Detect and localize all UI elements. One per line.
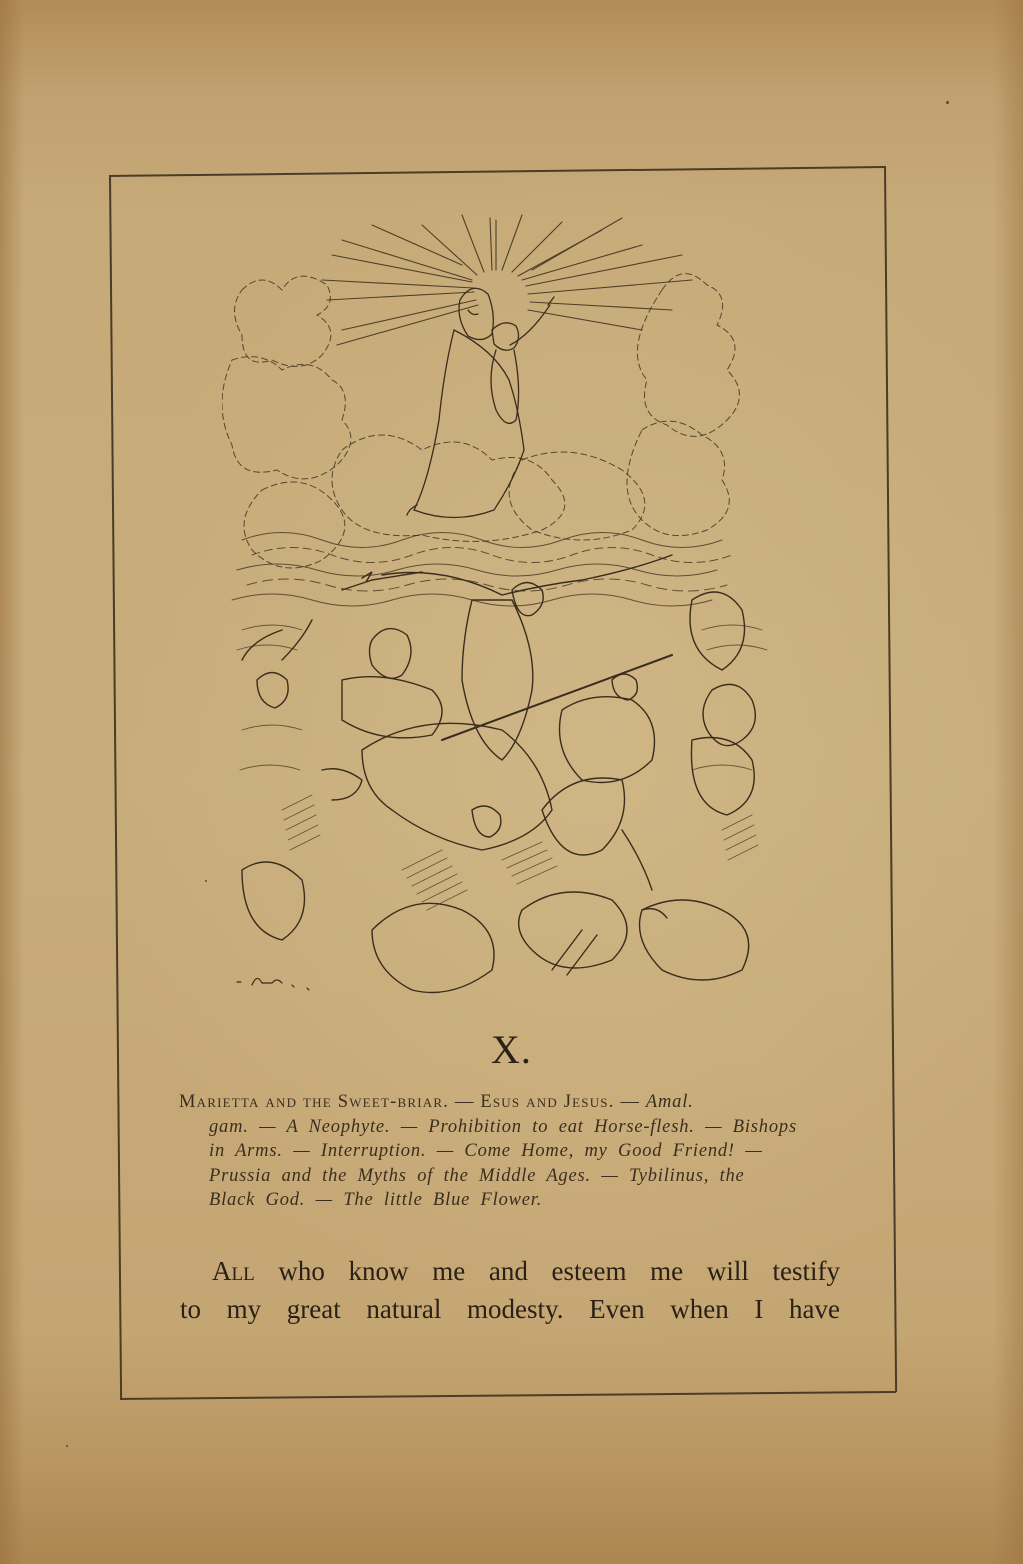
frame-border-right xyxy=(884,166,897,1392)
frame-border-bottom xyxy=(120,1391,896,1400)
body-line-1: All who know me and esteem me will testi… xyxy=(180,1252,840,1290)
caption-line-1: Marietta and the Sweet-briar. — Esus and… xyxy=(179,1090,839,1115)
falling-gods-scene-icon xyxy=(242,555,755,993)
scan-speck xyxy=(205,880,207,882)
scan-speck xyxy=(66,1445,68,1447)
light-rays-icon xyxy=(322,215,692,345)
chapter-number: X. xyxy=(0,1026,1023,1073)
frame-border-left xyxy=(109,175,122,1399)
caption-line-2: gam. — A Neophyte. — Prohibition to eat … xyxy=(179,1115,839,1140)
caption-line-4: Prussia and the Myths of the Middle Ages… xyxy=(179,1164,839,1189)
page-edge-shadow-left xyxy=(0,0,24,1564)
engraving-illustration xyxy=(222,210,792,1010)
scan-speck xyxy=(946,101,949,104)
body-paragraph: All who know me and esteem me will testi… xyxy=(180,1252,840,1328)
frame-border-top xyxy=(109,166,885,177)
madonna-figure-icon xyxy=(407,288,554,517)
page-edge-shadow-right xyxy=(993,0,1023,1564)
caption-line-5: Black God. — The little Blue Flower. xyxy=(179,1188,839,1213)
drop-initial-word: All xyxy=(212,1256,255,1286)
chapter-summary: Marietta and the Sweet-briar. — Esus and… xyxy=(179,1090,839,1213)
artist-signature-icon xyxy=(237,978,309,990)
caption-line-3: in Arms. — Interruption. — Come Home, my… xyxy=(179,1139,839,1164)
body-line-2: to my great natural modesty. Even when I… xyxy=(180,1290,840,1328)
